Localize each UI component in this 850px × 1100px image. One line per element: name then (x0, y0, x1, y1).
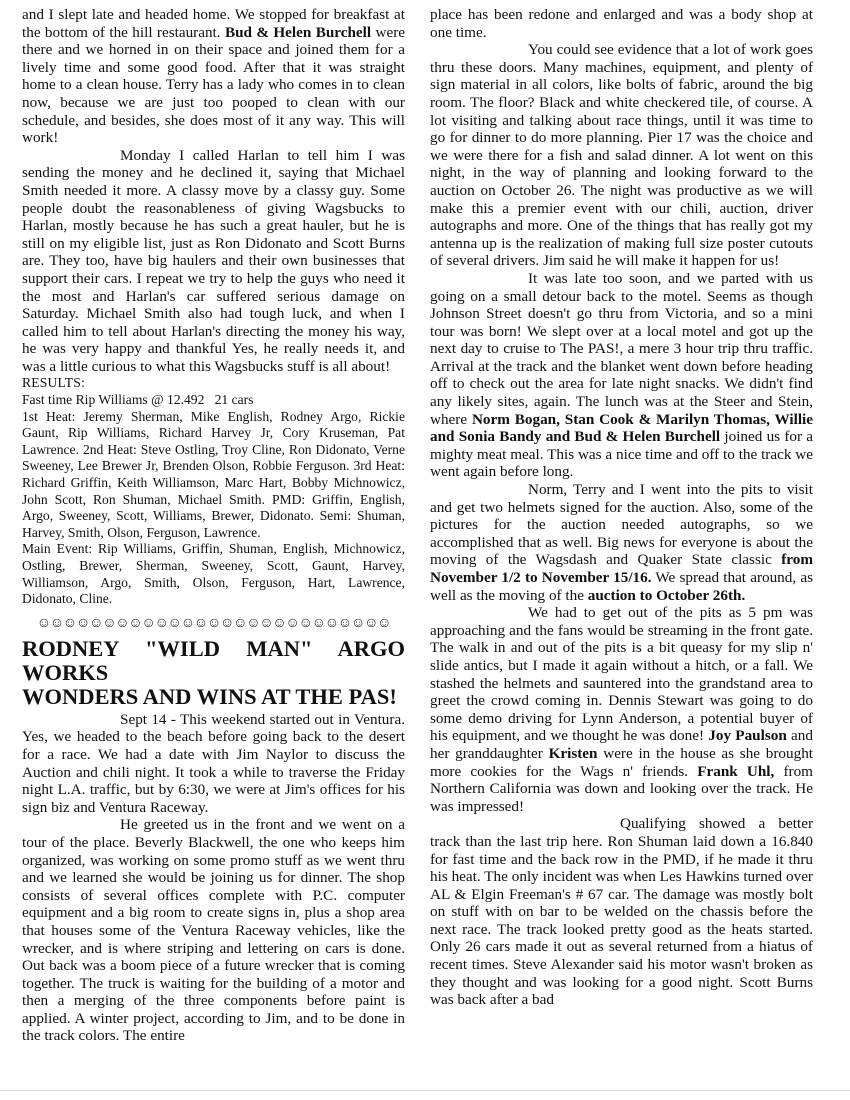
headline-line-1: RODNEY "WILD MAN" ARGO WORKS (22, 637, 405, 685)
text-run: were there and we horned in on their spa… (22, 24, 405, 147)
bold-name-frank-uhl: Frank Uhl, (697, 763, 774, 780)
headline-line-2: WONDERS AND WINS AT THE PAS! (22, 685, 405, 709)
paragraph-qualifying: Qualifying showed a better track than th… (430, 815, 813, 1009)
paragraph-harlan: Monday I called Harlan to tell him I was… (22, 147, 405, 376)
text-run: We had to get out of the pits as 5 pm wa… (430, 604, 813, 744)
bold-name-joy-paulson: Joy Paulson (708, 727, 787, 744)
text-run: Norm, Terry and I went into the pits to … (430, 481, 813, 568)
left-column: and I slept late and headed home. We sto… (22, 6, 405, 1045)
main-event-results: Main Event: Rip Williams, Griffin, Shuma… (22, 541, 405, 607)
article-headline: RODNEY "WILD MAN" ARGO WORKS WONDERS AND… (22, 637, 405, 709)
paragraph-breakfast: and I slept late and headed home. We sto… (22, 6, 405, 147)
text-run: It was late too soon, and we parted with… (430, 270, 813, 428)
race-results: RESULTS: Fast time Rip Williams @ 12.492… (22, 375, 405, 607)
heat-results: 1st Heat: Jeremy Sherman, Mike English, … (22, 409, 405, 542)
bold-name-kristen: Kristen (549, 745, 598, 762)
paragraph-ventura: Sept 14 - This weekend started out in Ve… (22, 711, 405, 817)
paragraph-lunch: It was late too soon, and we parted with… (430, 270, 813, 481)
bold-name-burchell: Bud & Helen Burchell (225, 24, 371, 41)
paragraph-pits-helmets: Norm, Terry and I went into the pits to … (430, 481, 813, 604)
page-bottom-rule (0, 1090, 850, 1091)
paragraph-shop-tour: He greeted us in the front and we went o… (22, 816, 405, 1045)
results-heading: RESULTS: (22, 375, 405, 392)
bold-auction-date: auction to October 26th. (588, 587, 746, 604)
right-column: place has been redone and enlarged and w… (430, 6, 813, 1009)
paragraph-pier-17: You could see evidence that a lot of wor… (430, 41, 813, 270)
smiley-face-icon-divider: ☺☺☺☺☺☺☺☺☺☺☺☺☺☺☺☺☺☺☺☺☺☺☺☺☺☺☺ (22, 616, 405, 632)
fast-time: Fast time Rip Williams @ 12.492 21 cars (22, 392, 405, 409)
paragraph-grandstand: We had to get out of the pits as 5 pm wa… (430, 604, 813, 815)
paragraph-body-shop: place has been redone and enlarged and w… (430, 6, 813, 41)
